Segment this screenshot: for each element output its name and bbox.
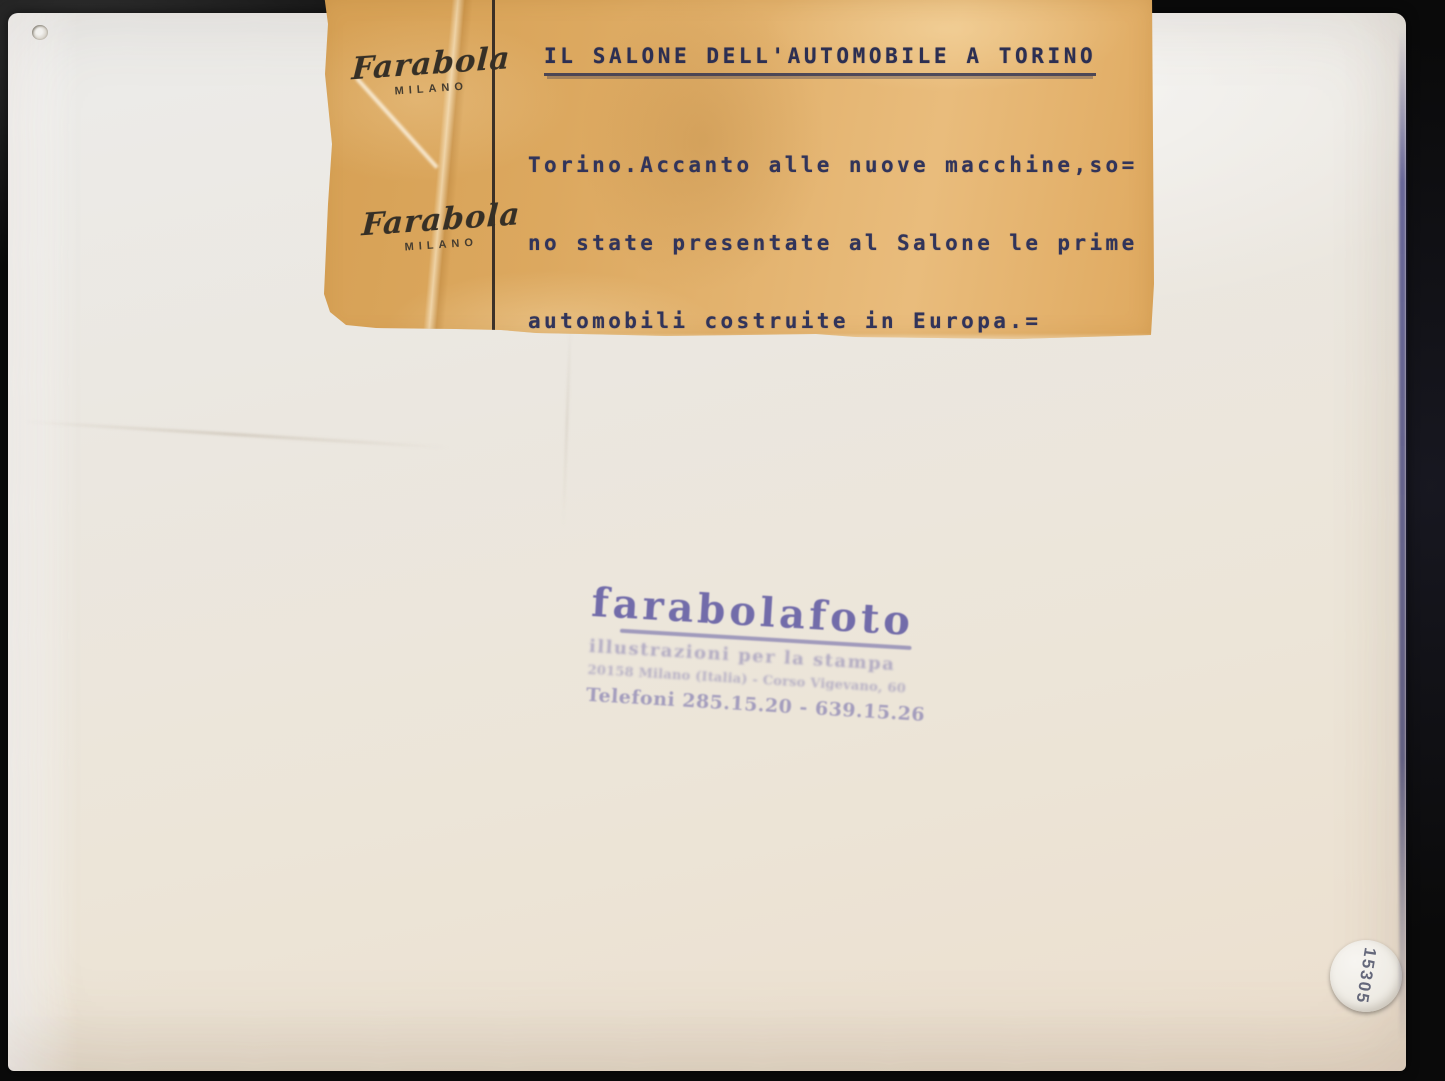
caption-line: automobili costruite in Europa.= bbox=[528, 308, 1186, 334]
agency-stamp: farabolafoto illustrazioni per la stampa… bbox=[585, 579, 931, 726]
archive-label: Farabola MILANO Farabola MILANO IL SALON… bbox=[316, 0, 1156, 342]
paper-hole bbox=[32, 25, 48, 40]
caption-line: no state presentate al Salone le prime bbox=[528, 230, 1186, 256]
caption-line: Torino.Accanto alle nuove macchine,so= bbox=[528, 152, 1186, 178]
paper-crease bbox=[20, 420, 449, 449]
stamp-agency-name: farabolafoto bbox=[590, 579, 932, 646]
scanned-photo-back: farabolafoto illustrazioni per la stampa… bbox=[0, 0, 1445, 1081]
archive-sticker: 15305 bbox=[1330, 940, 1402, 1012]
paper-crease bbox=[562, 313, 572, 528]
farabola-logo-bottom: Farabola MILANO bbox=[360, 197, 519, 257]
caption-title: IL SALONE DELL'AUTOMOBILE A TORINO bbox=[544, 44, 1096, 76]
farabola-logo-top: Farabola MILANO bbox=[350, 41, 509, 101]
paper-edge-shadow bbox=[1399, 30, 1406, 1042]
sticker-number: 15305 bbox=[1352, 946, 1381, 1006]
